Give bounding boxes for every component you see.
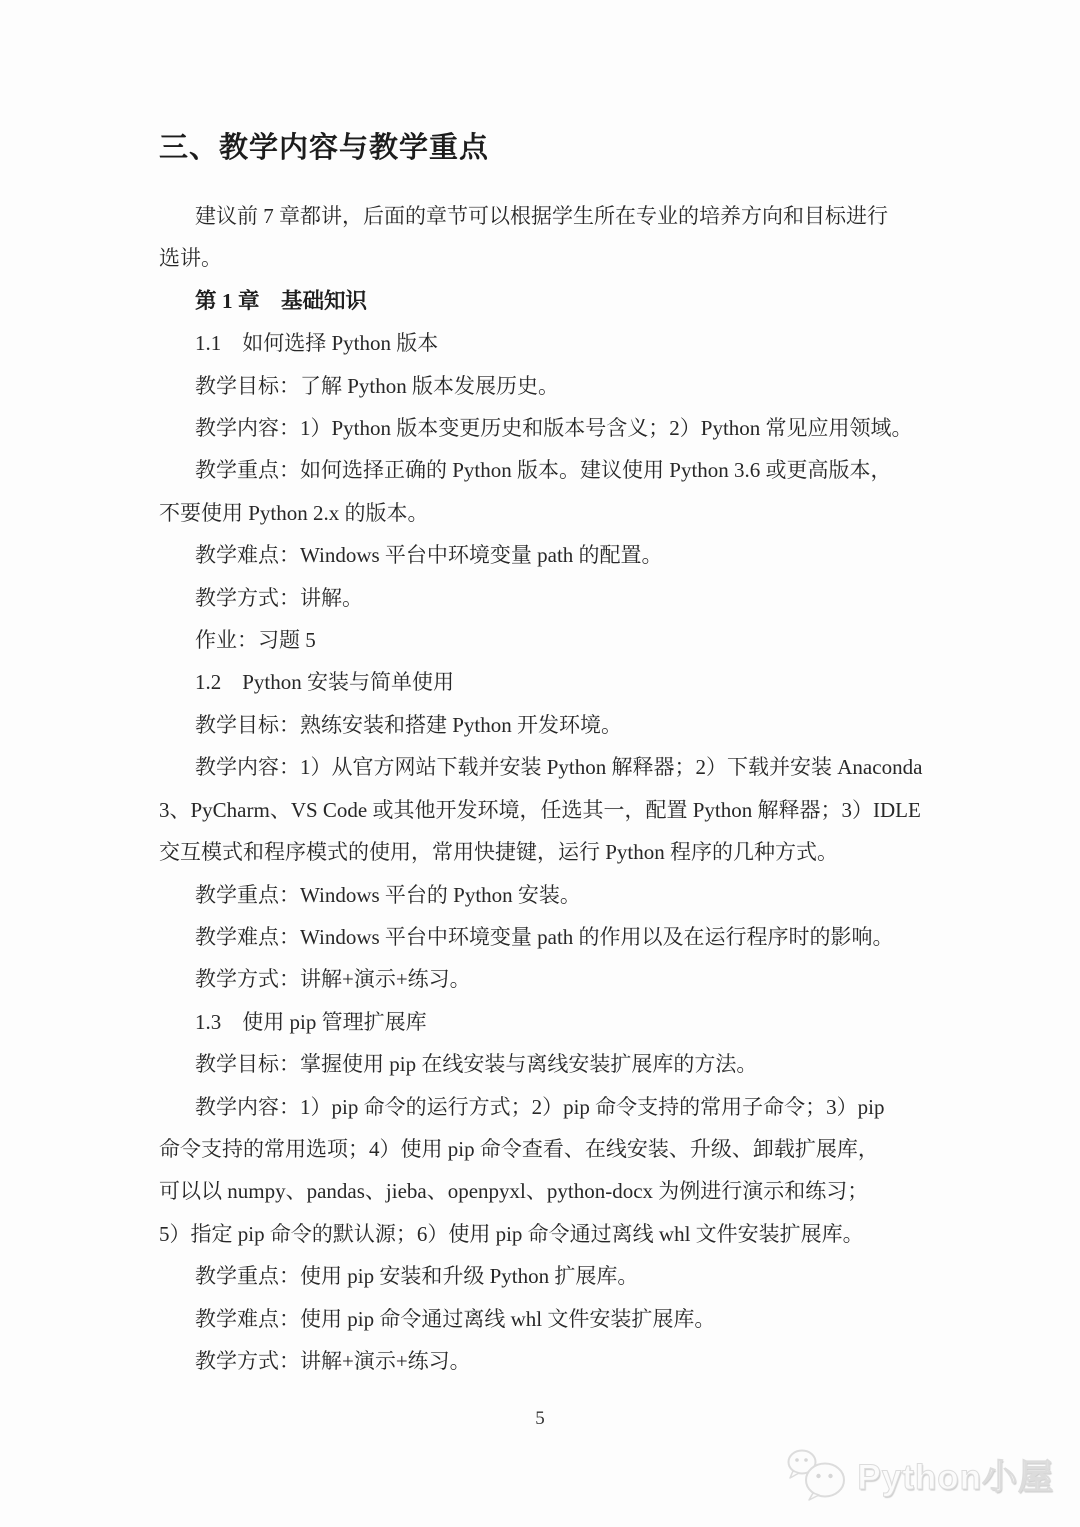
document-line: 教学重点：Windows 平台的 Python 安装。 — [159, 874, 939, 916]
subsection-heading: 1.2 Python 安装与简单使用 — [159, 661, 939, 703]
document-line: 教学目标：熟练安装和搭建 Python 开发环境。 — [159, 704, 939, 746]
document-line: 教学内容：1）Python 版本变更历史和版本号含义；2）Python 常见应用… — [159, 407, 939, 449]
document-line: 可以以 numpy、pandas、jieba、openpyxl、python-d… — [159, 1170, 939, 1212]
chapter-heading: 第 1 章 基础知识 — [159, 280, 939, 322]
document-line: 教学方式：讲解+演示+练习。 — [159, 958, 939, 1000]
document-line: 教学内容：1）从官方网站下载并安装 Python 解释器；2）下载并安装 Ana… — [159, 746, 939, 788]
document-line: 教学方式：讲解。 — [159, 577, 939, 619]
section-heading: 三、教学内容与教学重点 — [159, 128, 939, 168]
document-line: 作业：习题 5 — [159, 619, 939, 661]
subsection-heading: 1.3 使用 pip 管理扩展库 — [159, 1001, 939, 1043]
document-line: 5）指定 pip 命令的默认源；6）使用 pip 命令通过离线 whl 文件安装… — [159, 1213, 939, 1255]
document-body: 三、教学内容与教学重点 建议前 7 章都讲，后面的章节可以根据学生所在专业的培养… — [159, 128, 939, 1382]
document-line: 交互模式和程序模式的使用，常用快捷键，运行 Python 程序的几种方式。 — [159, 831, 939, 873]
watermark-label: Python小屋 — [857, 1450, 1054, 1500]
document-line: 命令支持的常用选项；4）使用 pip 命令查看、在线安装、升级、卸载扩展库， — [159, 1128, 939, 1170]
document-line: 建议前 7 章都讲，后面的章节可以根据学生所在专业的培养方向和目标进行 — [159, 195, 939, 237]
document-line: 不要使用 Python 2.x 的版本。 — [159, 492, 939, 534]
document-line: 教学重点：如何选择正确的 Python 版本。建议使用 Python 3.6 或… — [159, 449, 939, 491]
watermark: Python小屋 — [786, 1448, 1054, 1502]
document-line: 3、PyCharm、VS Code 或其他开发环境，任选其一，配置 Python… — [159, 789, 939, 831]
document-line: 选讲。 — [159, 237, 939, 279]
document-line: 教学目标：掌握使用 pip 在线安装与离线安装扩展库的方法。 — [159, 1043, 939, 1085]
document-line: 教学重点：使用 pip 安装和升级 Python 扩展库。 — [159, 1255, 939, 1297]
document-page: 三、教学内容与教学重点 建议前 7 章都讲，后面的章节可以根据学生所在专业的培养… — [0, 0, 1080, 1527]
document-line: 教学难点：Windows 平台中环境变量 path 的作用以及在运行程序时的影响… — [159, 916, 939, 958]
document-line: 教学难点：Windows 平台中环境变量 path 的配置。 — [159, 534, 939, 576]
wechat-bubbles-icon — [786, 1448, 850, 1502]
document-line: 教学方式：讲解+演示+练习。 — [159, 1340, 939, 1382]
subsection-heading: 1.1 如何选择 Python 版本 — [159, 322, 939, 364]
document-line: 教学目标：了解 Python 版本发展历史。 — [159, 365, 939, 407]
page-number: 5 — [0, 1406, 1080, 1432]
document-line: 教学内容：1）pip 命令的运行方式；2）pip 命令支持的常用子命令；3）pi… — [159, 1086, 939, 1128]
document-line: 教学难点：使用 pip 命令通过离线 whl 文件安装扩展库。 — [159, 1298, 939, 1340]
